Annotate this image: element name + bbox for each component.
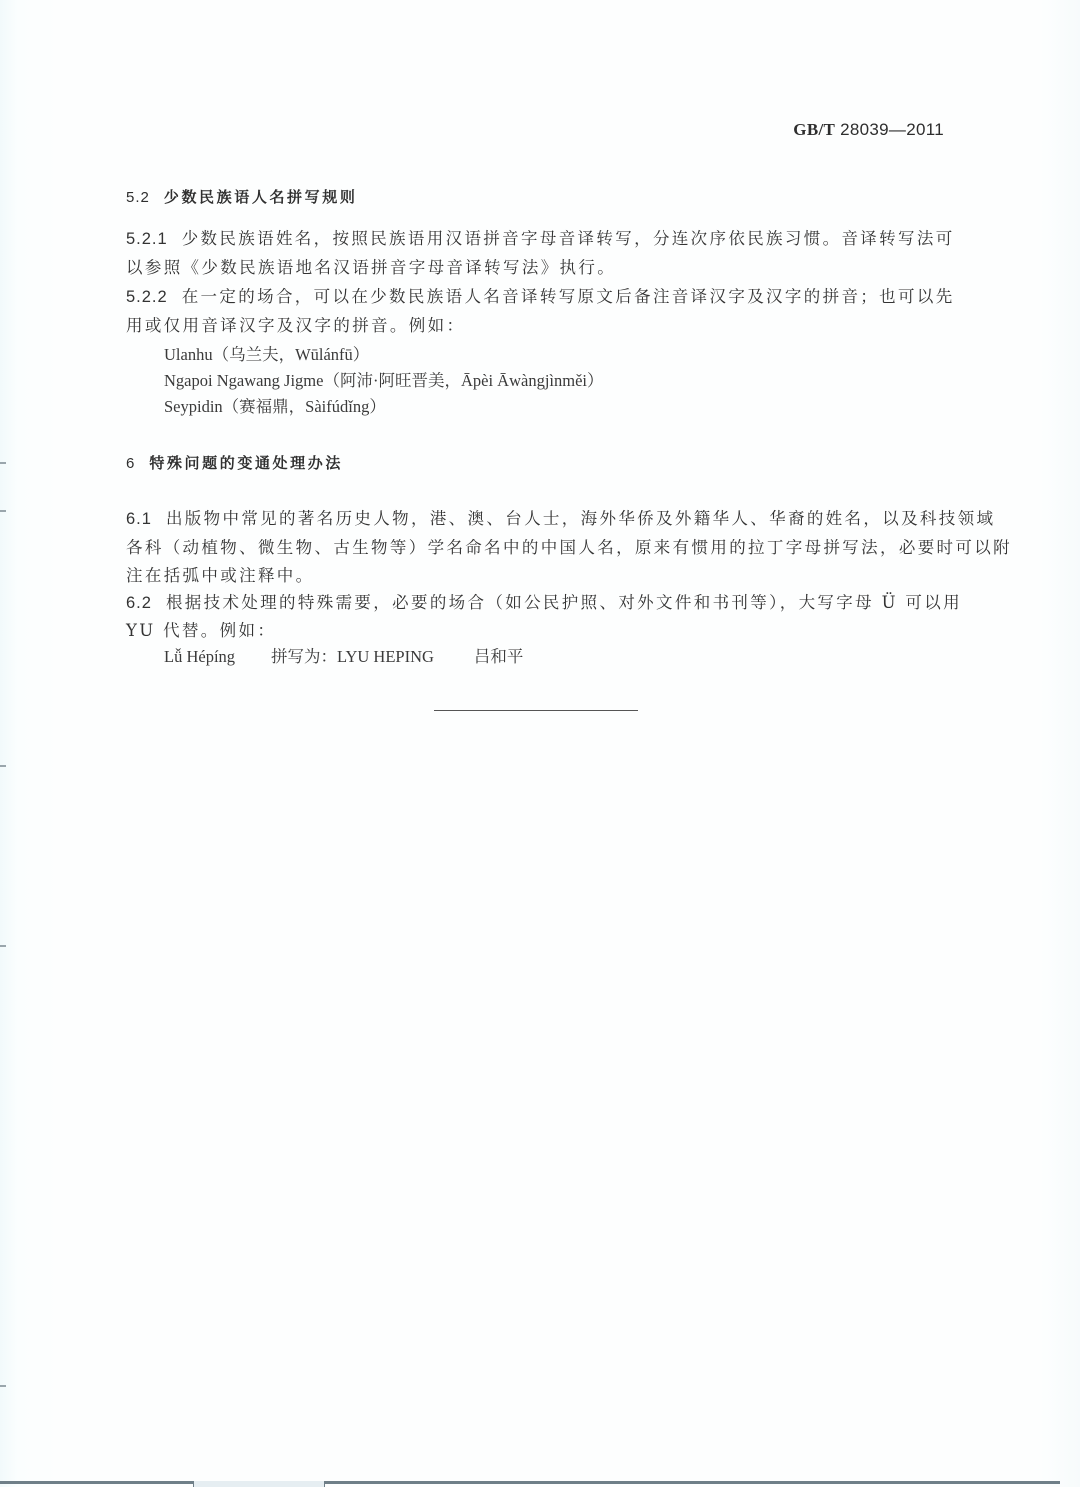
- section-heading-5-2: 5.2少数民族语人名拼写规则: [126, 186, 357, 209]
- section-title: 特殊问题的变通处理办法: [149, 454, 343, 472]
- example-name-1: Ulanhu（乌兰夫，Wūlánfū）: [164, 344, 369, 366]
- section-number: 5.2: [126, 189, 150, 206]
- clause-5-2-2-line-2: 用或仅用音译汉字及汉字的拼音。例如：: [126, 315, 465, 337]
- example-name-3: Seypidin（赛福鼎，Sàifúdǐng）: [164, 396, 386, 418]
- clause-text: 根据技术处理的特殊需要，必要的场合（如公民护照、对外文件和书刊等），大写字母 Ü…: [166, 593, 962, 612]
- scan-edge-mark: [0, 1385, 6, 1387]
- clause-text: 少数民族语姓名，按照民族语用汉语拼音字母音译转写，分连次序依民族习惯。音译转写法…: [182, 229, 955, 248]
- scan-edge-mark: [0, 462, 6, 464]
- scan-edge-mark: [0, 945, 6, 947]
- document-page: GB/T 28039—2011 5.2少数民族语人名拼写规则 5.2.1少数民族…: [0, 0, 1080, 1487]
- clause-6-2-line-1: 6.2根据技术处理的特殊需要，必要的场合（如公民护照、对外文件和书刊等），大写字…: [126, 592, 962, 614]
- end-divider: [434, 710, 638, 711]
- clause-5-2-2-line-1: 5.2.2在一定的场合，可以在少数民族语人名音译转写原文后备注音译汉字及汉字的拼…: [126, 286, 955, 308]
- clause-text: 出版物中常见的著名历史人物，港、澳、台人士，海外华侨及外籍华人、华裔的姓名，以及…: [166, 509, 995, 528]
- clause-text: 各科（动植物、微生物、古生物等）学名命名中的中国人名，原来有惯用的拉丁字母拼写法…: [126, 538, 1012, 557]
- clause-text: 在一定的场合，可以在少数民族语人名音译转写原文后备注音译汉字及汉字的拼音；也可以…: [182, 287, 955, 306]
- scan-bottom-edge: [0, 1481, 1060, 1484]
- clause-6-1-line-3: 注在括弧中或注释中。: [126, 565, 315, 587]
- clause-6-1-line-1: 6.1出版物中常见的著名历史人物，港、澳、台人士，海外华侨及外籍华人、华裔的姓名…: [126, 508, 995, 530]
- example-pinyin: Lǚ Hépíng: [164, 647, 235, 666]
- section-title: 少数民族语人名拼写规则: [164, 188, 358, 206]
- standard-code: GB/T 28039—2011: [793, 120, 944, 140]
- clause-6-2-line-2: YU 代替。例如：: [126, 620, 276, 642]
- clause-number: 6.1: [126, 510, 152, 528]
- clause-number: 5.2.1: [126, 230, 168, 248]
- section-heading-6: 6特殊问题的变通处理办法: [126, 452, 343, 475]
- standard-code-prefix: GB/T: [793, 120, 835, 139]
- scan-edge-mark: [0, 510, 6, 512]
- clause-5-2-1-line-2: 以参照《少数民族语地名汉语拼音字母音译转写法》执行。: [126, 257, 616, 279]
- scan-bottom-edge-tab: [193, 1481, 325, 1487]
- clause-text: 注在括弧中或注释中。: [126, 566, 315, 585]
- clause-text: YU 代替。例如：: [126, 621, 276, 640]
- example-hanzi: 吕和平: [474, 647, 524, 666]
- clause-number: 5.2.2: [126, 288, 168, 306]
- example-row-lyu: Lǚ Hépíng拼写为：LYU HEPING吕和平: [164, 646, 523, 668]
- section-number: 6: [126, 455, 135, 472]
- clause-text: 以参照《少数民族语地名汉语拼音字母音译转写法》执行。: [126, 258, 616, 277]
- clause-5-2-1-line-1: 5.2.1少数民族语姓名，按照民族语用汉语拼音字母音译转写，分连次序依民族习惯。…: [126, 228, 955, 250]
- clause-text: 用或仅用音译汉字及汉字的拼音。例如：: [126, 316, 465, 335]
- clause-number: 6.2: [126, 594, 152, 612]
- scan-edge-mark: [0, 765, 6, 767]
- clause-6-1-line-2: 各科（动植物、微生物、古生物等）学名命名中的中国人名，原来有惯用的拉丁字母拼写法…: [126, 537, 1012, 559]
- example-name-2: Ngapoi Ngawang Jigme（阿沛·阿旺晋美，Āpèi Āwàngj…: [164, 370, 603, 392]
- example-spelling: 拼写为：LYU HEPING: [271, 647, 434, 666]
- standard-code-number: 28039—2011: [840, 120, 944, 139]
